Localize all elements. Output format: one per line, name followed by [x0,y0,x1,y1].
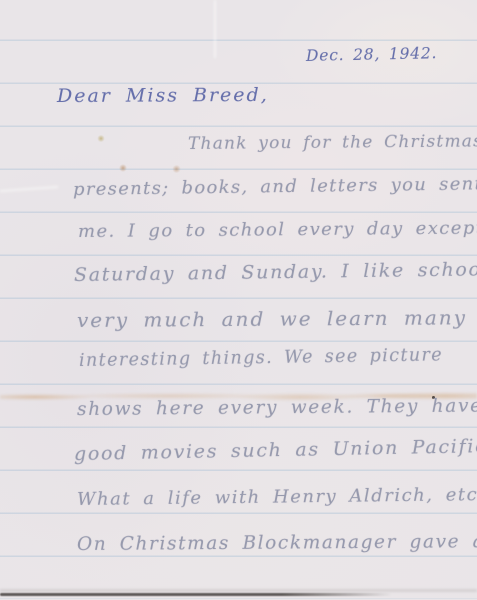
paper-crease [214,0,216,58]
foxing-spot [119,164,127,172]
letter-date: Dec. 28, 1942. [306,44,438,65]
letter-page: Dec. 28, 1942. Dear Miss Breed, Thank yo… [0,0,477,600]
scan-edge-strip [0,593,392,596]
letter-line: very much and we learn many [77,305,467,332]
letter-line: Thank you for the Christmas [188,131,477,154]
letter-line: me. I go to school every day except [78,217,477,242]
foxing-spot [97,135,105,142]
letter-salutation: Dear Miss Breed, [57,84,269,107]
letter-line: shows here every week. They have [77,395,477,420]
letter-line: On Christmas Blockmanager gave all [77,531,477,555]
scan-edge-shadow [0,589,477,592]
foxing-spot [172,165,181,173]
